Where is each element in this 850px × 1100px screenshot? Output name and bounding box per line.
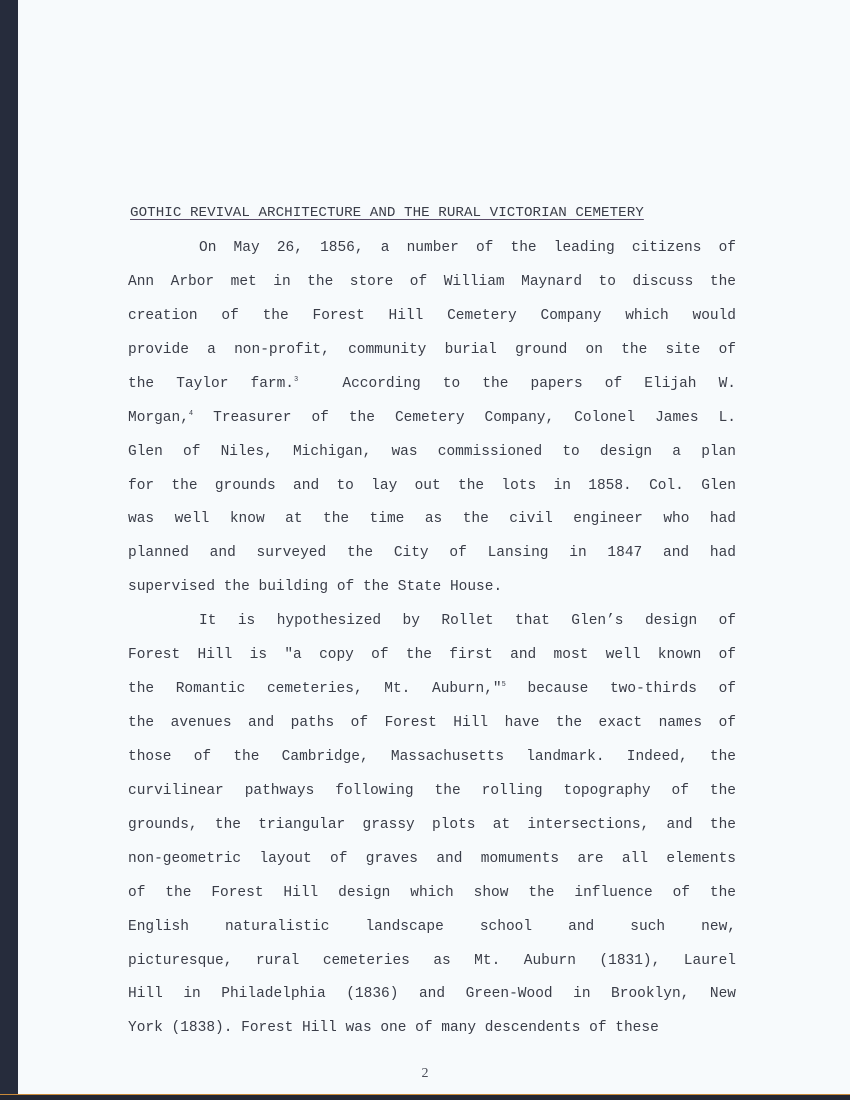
line-text-continued: because two-thirds of xyxy=(506,681,736,697)
line-text: for the grounds and to lay out the lots … xyxy=(128,478,736,494)
scan-bottom-border xyxy=(0,1094,850,1100)
line-text: creation of the Forest Hill Cemetery Com… xyxy=(128,308,736,324)
text-line: English naturalistic landscape school an… xyxy=(128,917,736,937)
text-line: for the grounds and to lay out the lots … xyxy=(128,476,736,496)
text-line: those of the Cambridge, Massachusetts la… xyxy=(128,747,736,767)
line-text: the Romantic cemeteries, Mt. Auburn," xyxy=(128,681,502,697)
line-text: was well know at the time as the civil e… xyxy=(128,511,736,527)
line-text: Morgan, xyxy=(128,410,189,426)
text-line: curvilinear pathways following the rolli… xyxy=(128,781,736,801)
text-line: Forest Hill is "a copy of the first and … xyxy=(128,645,736,665)
text-line: Hill in Philadelphia (1836) and Green-Wo… xyxy=(128,984,736,1004)
text-line: of the Forest Hill design which show the… xyxy=(128,883,736,903)
text-line: grounds, the triangular grassy plots at … xyxy=(128,815,736,835)
line-text: Glen of Niles, Michigan, was commissione… xyxy=(128,444,736,460)
line-text: On May 26, 1856, a number of the leading… xyxy=(199,240,736,256)
section-title: GOTHIC REVIVAL ARCHITECTURE AND THE RURA… xyxy=(130,203,739,223)
line-text: the avenues and paths of Forest Hill hav… xyxy=(128,715,736,731)
text-line: picturesque, rural cemeteries as Mt. Aub… xyxy=(128,951,736,971)
text-line: Morgan,4 Treasurer of the Cemetery Compa… xyxy=(128,408,736,428)
text-line: Glen of Niles, Michigan, was commissione… xyxy=(128,442,736,462)
text-line: the Romantic cemeteries, Mt. Auburn,"5 b… xyxy=(128,679,736,699)
line-text: Forest Hill is "a copy of the first and … xyxy=(128,647,736,663)
text-line: York (1838). Forest Hill was one of many… xyxy=(128,1018,736,1038)
line-text: picturesque, rural cemeteries as Mt. Aub… xyxy=(128,953,736,969)
text-line: the avenues and paths of Forest Hill hav… xyxy=(128,713,736,733)
line-text: provide a non-profit, community burial g… xyxy=(128,342,736,358)
text-line: was well know at the time as the civil e… xyxy=(128,509,736,529)
line-text: English naturalistic landscape school an… xyxy=(128,919,736,935)
text-line: It is hypothesized by Rollet that Glen’s… xyxy=(128,611,736,631)
line-text: It is hypothesized by Rollet that Glen’s… xyxy=(199,613,736,629)
line-text: Hill in Philadelphia (1836) and Green-Wo… xyxy=(128,986,736,1002)
line-text-continued: According to the papers of Elijah W. xyxy=(298,376,736,392)
text-line: Ann Arbor met in the store of William Ma… xyxy=(128,272,736,292)
line-text: of the Forest Hill design which show the… xyxy=(128,885,736,901)
text-line: non-geometric layout of graves and momum… xyxy=(128,849,736,869)
line-text: those of the Cambridge, Massachusetts la… xyxy=(128,749,736,765)
line-text: Ann Arbor met in the store of William Ma… xyxy=(128,274,736,290)
scan-left-border xyxy=(0,0,18,1100)
line-text: grounds, the triangular grassy plots at … xyxy=(128,817,736,833)
line-text: York (1838). Forest Hill was one of many… xyxy=(128,1020,659,1036)
page-number: 2 xyxy=(0,1066,850,1082)
text-line: creation of the Forest Hill Cemetery Com… xyxy=(128,306,736,326)
text-line: planned and surveyed the City of Lansing… xyxy=(128,543,736,563)
line-text-continued: Treasurer of the Cemetery Company, Colon… xyxy=(193,410,736,426)
text-line: the Taylor farm.3 According to the paper… xyxy=(128,374,736,394)
text-line: On May 26, 1856, a number of the leading… xyxy=(128,238,736,258)
text-line: provide a non-profit, community burial g… xyxy=(128,340,736,360)
line-text: non-geometric layout of graves and momum… xyxy=(128,851,736,867)
text-line: supervised the building of the State Hou… xyxy=(128,577,736,597)
line-text: planned and surveyed the City of Lansing… xyxy=(128,545,736,561)
line-text: curvilinear pathways following the rolli… xyxy=(128,783,736,799)
line-text: the Taylor farm. xyxy=(128,376,294,392)
line-text: supervised the building of the State Hou… xyxy=(128,579,502,595)
